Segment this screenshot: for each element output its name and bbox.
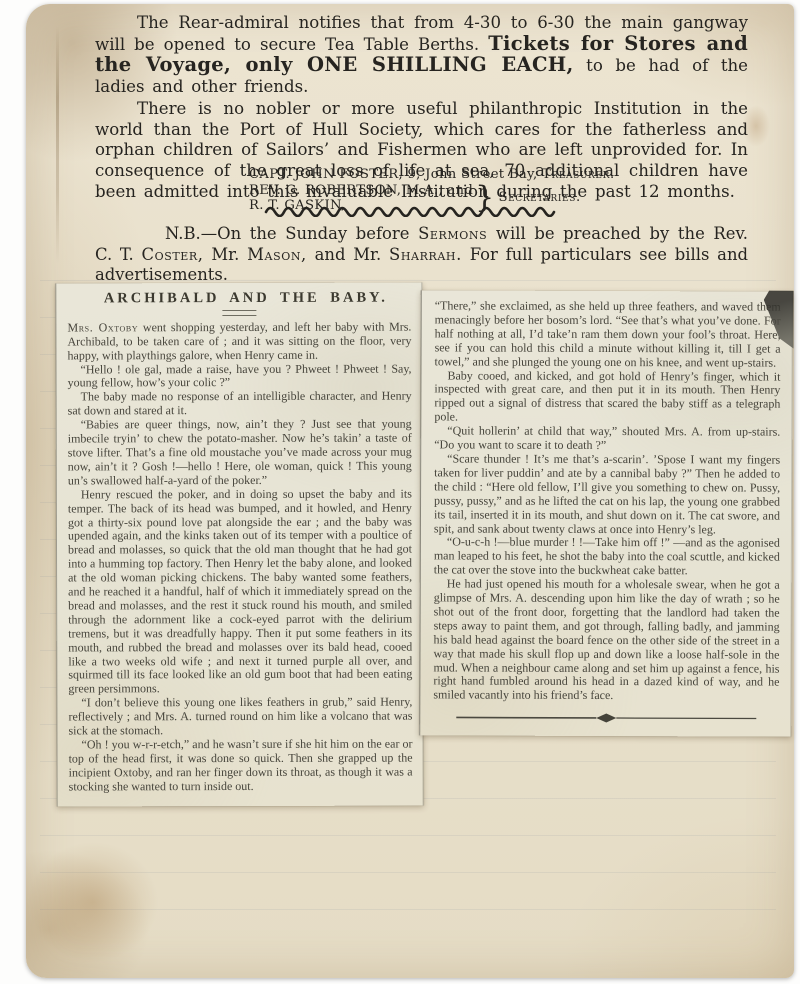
nb-sermons: Sermons [418,224,487,243]
mrs-oxtoby-smallcaps: Mrs. Oxtoby [67,320,138,334]
clipping-paragraph: “There,” she exclaimed, as she held up t… [435,299,781,370]
clipping-paragraph: He had just opened his mouth for a whole… [433,578,779,704]
clipping-paragraph: Mrs. Oxtoby went shopping yesterday, and… [67,320,411,363]
clipping-paragraph: “Quit hollerin’ at child that way,” shou… [434,425,780,454]
nb-paragraph: N.B.—On the Sunday before Sermons will b… [95,224,748,286]
treasurer-name: CAPT. JOHN FOSTER, 9, John Street Bay, [249,167,542,182]
clipping-paragraph: “Scare thunder ! It’s me that’s a-scarin… [434,452,780,537]
nb-text: and Mr. [307,245,389,264]
one-shilling-text: ONE SHILLING EACH, [307,53,574,76]
clipping-paragraph: “Babies are queer things, now, ain’t the… [68,418,412,488]
nb-mason: Mason, [247,245,307,264]
wavy-divider [264,205,562,217]
treasurer-role: Treasurer. [542,167,615,182]
notice-paragraph-tickets: The Rear-admiral notifies that from 4-30… [95,13,748,97]
headline-divider [222,310,256,316]
clipping-headline: ARCHIBALD AND THE BABY. [67,290,411,308]
treasurer-line: CAPT. JOHN FOSTER, 9, John Street Bay, T… [249,167,615,183]
nb-text: Mr. [204,245,248,264]
clipping-paragraph: Baby cooed, and kicked, and got hold of … [434,369,780,426]
clipping-paragraph: Henry rescued the poker, and in doing so… [68,487,413,696]
clipping-paragraph: “Oh ! you w-r-r-etch,” and he wasn’t sur… [69,738,413,795]
nb-text: N.B.—On the Sunday before [165,224,418,243]
clipping-paragraph: “O-u-c-h !—blue murder ! !—Take him off … [434,536,780,579]
left-clipping: ARCHIBALD AND THE BABY. Mrs. Oxtoby went… [55,283,423,807]
secretaries-role: Secretaries. [498,190,580,206]
clipping-paragraph: “Hello ! ole gal, made a raise, have you… [68,362,412,391]
nb-sharrah: Sharrah. [389,245,462,264]
clipping-paragraph: “I don’t believe this young one likes fe… [68,696,412,739]
secretary-robertson: REV. G. ROBERTSON, M.A., and [249,183,473,199]
paper-crease [56,26,59,264]
right-clipping: “There,” she exclaimed, as she held up t… [419,290,793,737]
nb-coster: Coster, [141,245,203,264]
end-ornament [446,712,766,725]
clipping-paragraph: The baby made no response of an intellig… [68,390,412,419]
